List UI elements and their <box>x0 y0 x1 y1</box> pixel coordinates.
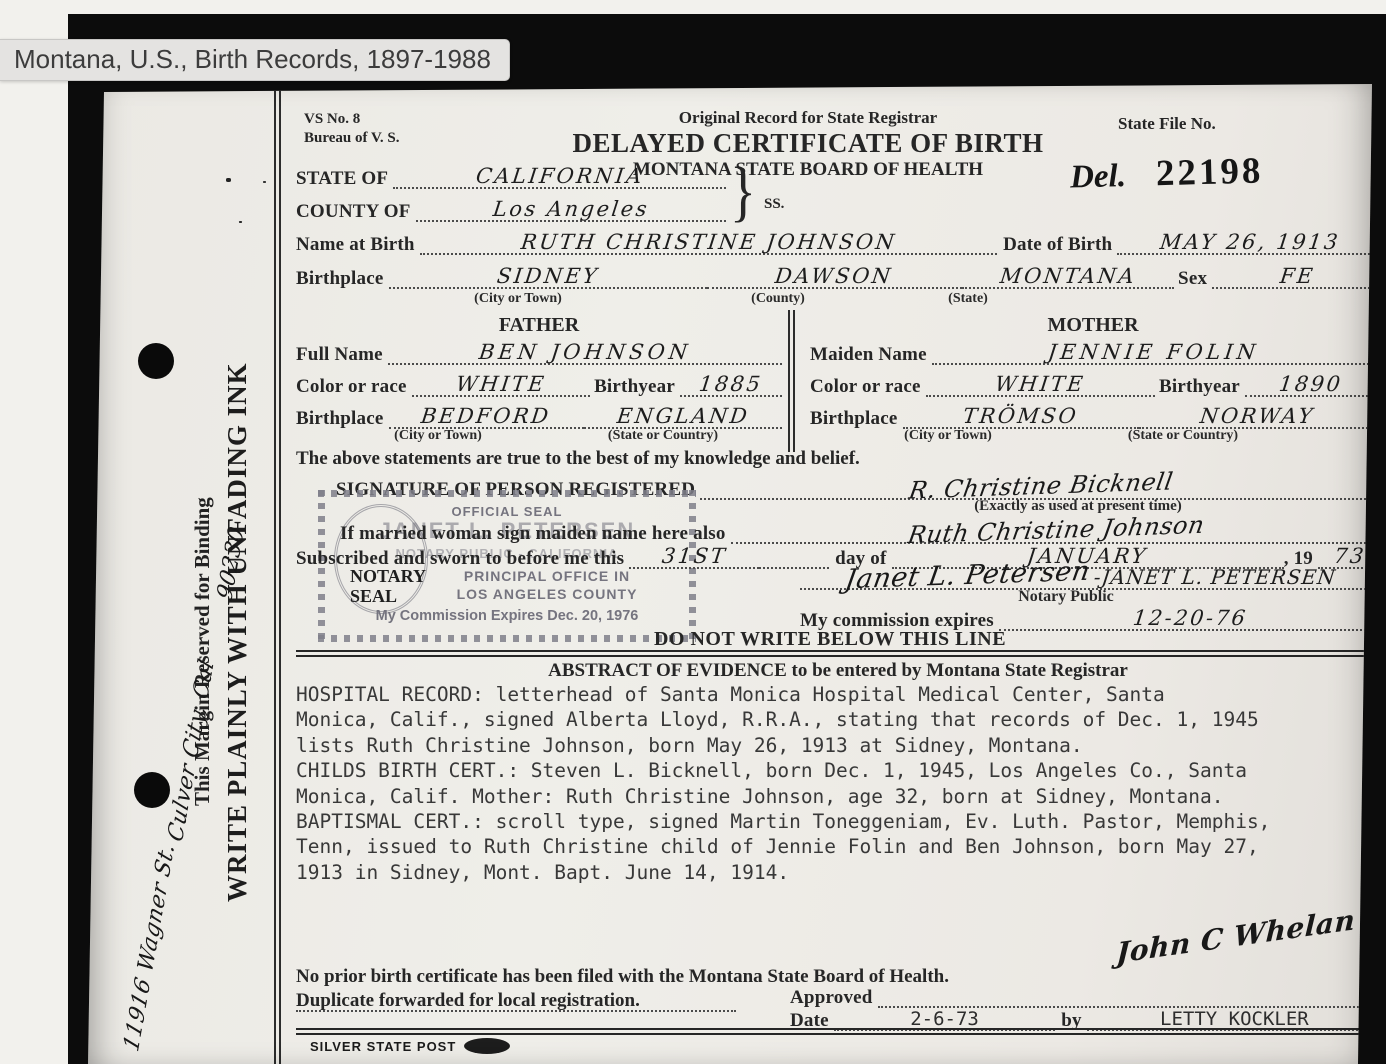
date-of-birth-label: Date of Birth <box>997 235 1117 255</box>
abstract-line: HOSPITAL RECORD: letterhead of Santa Mon… <box>296 682 1386 707</box>
birthplace-label: Birthplace <box>296 269 389 289</box>
state-of-value: CALIFORNIA <box>474 166 645 187</box>
seal-official: OFFICIAL SEAL <box>318 504 696 519</box>
father-race-value: WHITE <box>455 374 548 395</box>
page-title: DELAYED CERTIFICATE OF BIRTH <box>508 128 1108 159</box>
silver-state-post-logo <box>464 1038 510 1054</box>
father-birthplace-label: Birthplace <box>296 409 389 429</box>
signature-exactly-sublabel: (Exactly as used at present time) <box>878 498 1278 515</box>
abstract-line: 1913 in Sidney, Mont. Bapt. June 14, 191… <box>296 860 1386 885</box>
form-left-border <box>274 84 281 1064</box>
document-viewer-canvas[interactable]: WRITE PLAINLY WITH UNFADING INK This Mar… <box>68 14 1386 1064</box>
approved-row: Approved <box>790 988 1382 1008</box>
name-at-birth-row: Name at Birth RUTH CHRISTINE JOHNSON Dat… <box>296 232 1382 255</box>
silver-state-post-label: SILVER STATE POST <box>310 1039 456 1054</box>
duplicate-text: Duplicate forwarded for local registrati… <box>296 990 640 1012</box>
birthplace-county-sublabel: (County) <box>698 291 858 307</box>
abstract-line: CHILDS BIRTH CERT.: Steven L. Bicknell, … <box>296 758 1386 783</box>
mother-race-value: WHITE <box>994 374 1087 395</box>
vs-no: VS No. 8 <box>304 110 399 129</box>
collection-title-tooltip: Montana, U.S., Birth Records, 1897-1988 <box>0 39 510 81</box>
notary-signature-printed: -JANET L. PETERSEN <box>1092 567 1336 587</box>
sex-label: Sex <box>1174 269 1212 289</box>
birthplace-state-sublabel: (State) <box>898 291 1038 307</box>
father-country-sublabel: (State or Country) <box>558 428 768 444</box>
county-of-value: Los Angeles <box>491 199 650 220</box>
sworn-label: Subscribed and sworn to before me this <box>296 549 629 569</box>
abstract-header: ABSTRACT OF EVIDENCE to be entered by Mo… <box>296 660 1380 682</box>
name-at-birth-label: Name at Birth <box>296 235 420 255</box>
approved-label: Approved <box>790 988 878 1008</box>
bureau: Bureau of V. S. <box>304 129 399 148</box>
name-at-birth-value: RUTH CHRISTINE JOHNSON <box>519 232 897 253</box>
abstract-line: Monica, Calif., signed Alberta Lloyd, R.… <box>296 707 1386 732</box>
mother-birthyear-label: Birthyear <box>1155 377 1245 397</box>
del-stamp-number: 22198 <box>1155 150 1264 194</box>
address-line-1: 11916 Wagner St. <box>119 839 181 1056</box>
county-of-row: COUNTY OF Los Angeles <box>296 199 726 222</box>
maiden-also-row: If married woman sign maiden name here a… <box>340 518 1382 544</box>
collection-title-text: Montana, U.S., Birth Records, 1897-1988 <box>14 44 491 75</box>
mother-birthplace-label: Birthplace <box>810 409 903 429</box>
abstract-line: Tenn, issued to Ruth Christine child of … <box>296 834 1386 859</box>
sworn-day-value: 31ST <box>660 546 728 567</box>
section-divider-rule <box>296 650 1380 657</box>
ink-specks <box>226 178 231 182</box>
birthplace-row: Birthplace SIDNEY DAWSON MONTANA Sex FE <box>296 266 1382 289</box>
notary-seal-label-2: SEAL <box>350 586 426 606</box>
state-of-row: STATE OF CALIFORNIA <box>296 166 726 189</box>
mother-name-value: JENNIE FOLIN <box>1047 342 1261 363</box>
notary-seal-label: NOTARY SEAL <box>350 566 426 606</box>
mother-race-row: Color or race WHITE Birthyear 1890 <box>810 374 1376 397</box>
seal-expires: My Commission Expires Dec. 20, 1976 <box>318 608 696 624</box>
scanned-certificate-page: WRITE PLAINLY WITH UNFADING INK This Mar… <box>88 84 1380 1064</box>
ss-label: SS. <box>764 196 784 213</box>
attestation-text: The above statements are true to the bes… <box>296 448 860 470</box>
screenshot-root: { "colors":{"app_bg":"#f2f1ed","viewer_b… <box>0 0 1386 1064</box>
father-name-value: BEN JOHNSON <box>478 342 693 363</box>
no-prior-text: No prior birth certificate has been file… <box>296 966 949 988</box>
mother-birthplace-country: NORWAY <box>1199 406 1316 427</box>
father-birthyear-label: Birthyear <box>590 377 680 397</box>
father-race-label: Color or race <box>296 377 412 397</box>
mother-city-sublabel: (City or Town) <box>848 428 1048 444</box>
maiden-also-label: If married woman sign maiden name here a… <box>340 524 731 544</box>
bottom-double-rule <box>296 1028 1382 1035</box>
do-not-write-notice: DO NOT WRITE BELOW THIS LINE <box>570 628 1090 651</box>
mother-name-label: Maiden Name <box>810 345 932 365</box>
state-file-label: State File No. <box>1118 114 1216 134</box>
birthplace-city-value: SIDNEY <box>495 266 600 287</box>
mother-birthyear-value: 1890 <box>1277 374 1343 395</box>
mother-race-label: Color or race <box>810 377 926 397</box>
form-number-block: VS No. 8 Bureau of V. S. <box>304 110 399 148</box>
mother-header: MOTHER <box>810 314 1376 337</box>
state-of-label: STATE OF <box>296 169 393 189</box>
approved-signature: John C Whelan <box>1115 908 1357 966</box>
commission-value: 12-20-76 <box>1132 608 1249 629</box>
abstract-line: Monica, Calif. Mother: Ruth Christine Jo… <box>296 784 1386 809</box>
father-city-sublabel: (City or Town) <box>338 428 538 444</box>
notary-signature-row: Janet L. Petersen -JANET L. PETERSEN <box>800 562 1382 590</box>
notary-seal-label-1: NOTARY <box>350 566 426 586</box>
mother-name-row: Maiden Name JENNIE FOLIN <box>810 342 1376 365</box>
father-race-row: Color or race WHITE Birthyear 1885 <box>296 374 782 397</box>
father-name-label: Full Name <box>296 345 388 365</box>
birthplace-county-value: DAWSON <box>774 266 894 287</box>
father-birthplace-row: Birthplace BEDFORD ENGLAND <box>296 406 782 429</box>
date-value: 2-6-73 <box>910 1010 979 1029</box>
father-birthplace-country: ENGLAND <box>615 406 750 427</box>
county-of-label: COUNTY OF <box>296 202 416 222</box>
maiden-also-value: Ruth Christine Johnson <box>906 513 1206 547</box>
header-kicker: Original Record for State Registrar <box>508 108 1108 128</box>
hole-punch-top <box>138 343 174 379</box>
by-value: LETTY KOCKLER <box>1160 1010 1309 1029</box>
mother-birthplace-city: TRÖMSO <box>962 406 1080 427</box>
del-number-stamp: Del. 22198 <box>1069 149 1263 197</box>
notary-public-sublabel: Notary Public <box>966 588 1166 606</box>
father-birthplace-city: BEDFORD <box>420 406 552 427</box>
ss-brace: } <box>730 152 756 230</box>
father-header: FATHER <box>296 314 782 337</box>
father-birthyear-value: 1885 <box>698 374 764 395</box>
footer-logo-row: SILVER STATE POST <box>310 1038 510 1054</box>
mother-country-sublabel: (State or Country) <box>1078 428 1288 444</box>
father-name-row: Full Name BEN JOHNSON <box>296 342 782 365</box>
abstract-line: lists Ruth Christine Johnson, born May 2… <box>296 733 1386 758</box>
abstract-body: HOSPITAL RECORD: letterhead of Santa Mon… <box>296 682 1386 885</box>
parents-divider <box>788 310 795 452</box>
birthplace-state-value: MONTANA <box>999 266 1138 287</box>
seal-border-top <box>318 490 696 497</box>
abstract-line: BAPTISMAL CERT.: scroll type, signed Mar… <box>296 809 1386 834</box>
blank-dotted-line <box>296 1010 736 1012</box>
date-of-birth-value: MAY 26, 1913 <box>1158 232 1340 253</box>
del-stamp-prefix: Del. <box>1070 158 1127 195</box>
birthplace-city-sublabel: (City or Town) <box>418 291 618 307</box>
mother-birthplace-row: Birthplace TRÖMSO NORWAY <box>810 406 1376 429</box>
sex-value: FE <box>1278 266 1315 287</box>
approved-signature-text: John C Whelan <box>1115 903 1356 970</box>
